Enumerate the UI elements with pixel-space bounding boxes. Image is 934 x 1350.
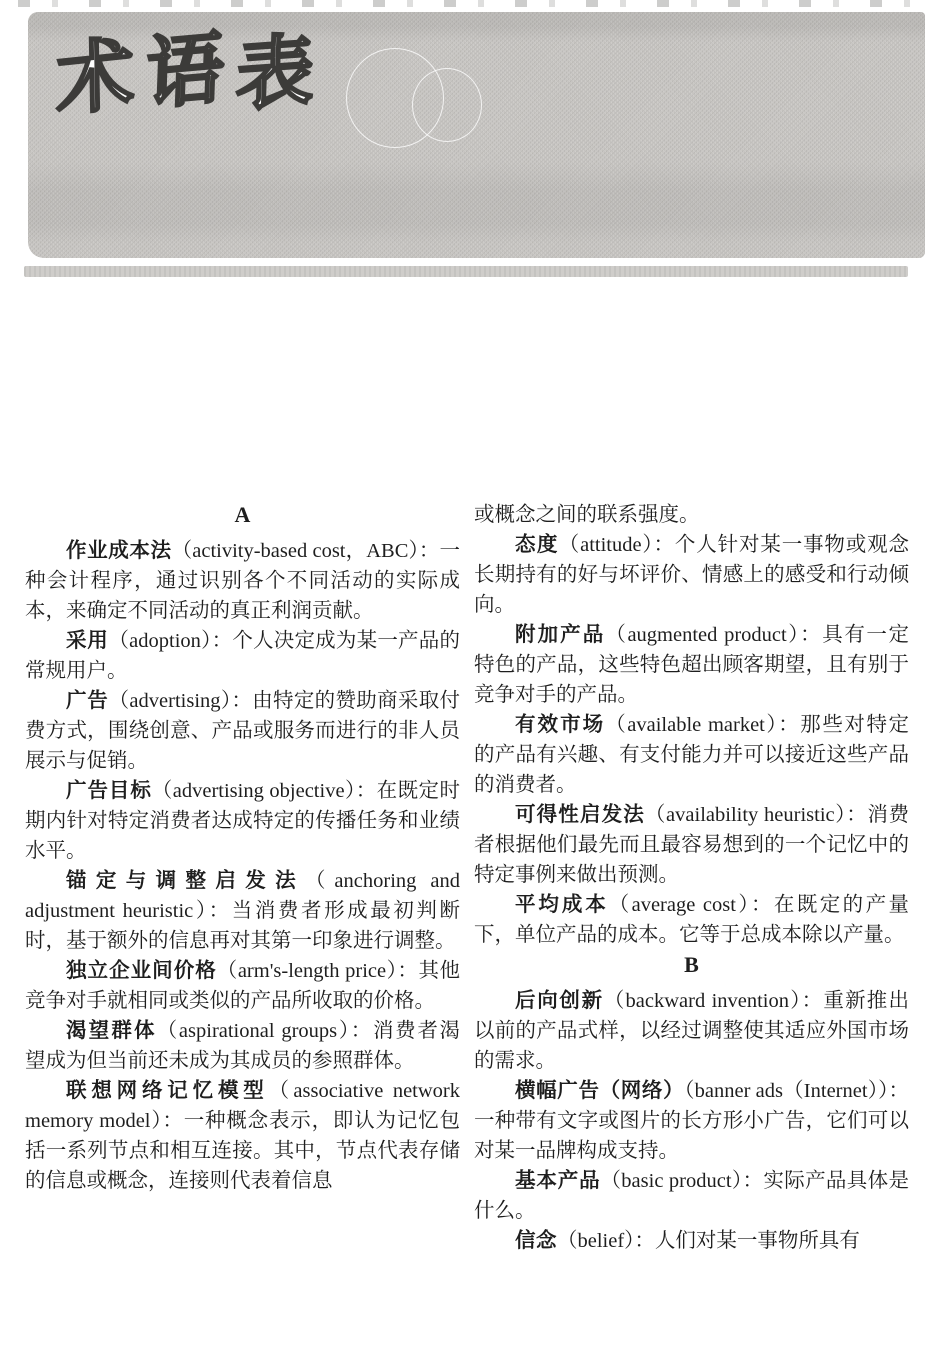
title-char-1: 术	[56, 34, 135, 120]
entry-english: （adoption）：	[108, 630, 232, 652]
glossary-entry: 可得性启发法（availability heuristic）：消费者根据他们最先…	[474, 800, 909, 890]
glossary-entry: 附加产品（augmented product）：具有一定特色的产品，这些特色超出…	[474, 620, 909, 710]
entry-term: 横幅广告（网络）	[515, 1079, 684, 1102]
entry-definition: 人们对某一事物所具有	[655, 1230, 860, 1252]
entry-term: 基本产品	[515, 1169, 600, 1192]
entry-term: 信念	[515, 1229, 557, 1252]
glossary-entry: 作业成本法（activity-based cost，ABC）：一种会计程序，通过…	[25, 536, 460, 626]
glossary-entry: 有效市场（available market）：那些对特定的产品有兴趣、有支付能力…	[474, 710, 909, 800]
entry-english: （augmented product）：	[605, 624, 822, 646]
entry-term: 有效市场	[515, 713, 605, 736]
glossary-entry: 渴望群体（aspirational groups）：消费者渴望成为但当前还未成为…	[25, 1016, 460, 1076]
entry-english: （backward invention）：	[604, 990, 824, 1012]
glossary-entry: 广告目标（advertising objective）：在既定时期内针对特定消费…	[25, 776, 460, 866]
glossary-entry: 独立企业间价格（arm's-length price）：其他竞争对手就相同或类似…	[25, 956, 460, 1016]
glossary-page: 术 语 表 A作业成本法（activity-based cost，ABC）：一种…	[0, 0, 934, 1350]
section-letter-A: A	[25, 500, 460, 530]
entry-term: 作业成本法	[66, 539, 172, 562]
entry-term: 平均成本	[515, 893, 609, 916]
entry-english: （availability heuristic）：	[645, 804, 867, 826]
page-title: 术 语 表	[56, 32, 314, 110]
entry-term: 态度	[515, 533, 559, 556]
glossary-entry: 平均成本（average cost）：在既定的产量下，单位产品的成本。它等于总成…	[474, 890, 909, 950]
entry-english: （available market）：	[605, 714, 800, 736]
title-char-3: 表	[235, 31, 316, 115]
entry-term: 采用	[66, 629, 108, 652]
glossary-entry: 后向创新（backward invention）：重新推出以前的产品式样，以经过…	[474, 986, 909, 1076]
entry-english: （average cost）：	[609, 894, 774, 916]
venn-circle-small-icon	[412, 68, 482, 142]
glossary-entry: 联想网络记忆模型（associative network memory mode…	[25, 1076, 460, 1196]
entry-english: （advertising）：	[109, 690, 253, 712]
glossary-entry: 采用（adoption）：个人决定成为某一产品的常规用户。	[25, 626, 460, 686]
glossary-entry: 锚定与调整启发法（anchoring and adjustment heuris…	[25, 866, 460, 956]
glossary-column-left: A作业成本法（activity-based cost，ABC）：一种会计程序，通…	[25, 500, 460, 1256]
entry-term: 独立企业间价格	[66, 959, 217, 982]
entry-continuation: 或概念之间的联系强度。	[474, 500, 909, 530]
entry-term: 广告目标	[66, 779, 152, 802]
entry-english: （activity-based cost，ABC）：	[172, 540, 440, 562]
glossary-entry: 态度（attitude）：个人针对某一事物或观念长期持有的好与坏评价、情感上的感…	[474, 530, 909, 620]
entry-term: 锚定与调整启发法	[66, 869, 305, 892]
entry-term: 广告	[66, 689, 109, 712]
header-banner: 术 语 表	[28, 12, 925, 258]
glossary-column-right: 或概念之间的联系强度。态度（attitude）：个人针对某一事物或观念长期持有的…	[474, 500, 909, 1256]
entry-english: （advertising objective）：	[152, 780, 377, 802]
divider-strip	[24, 266, 908, 277]
glossary-entry: 基本产品（basic product）：实际产品具体是什么。	[474, 1166, 909, 1226]
section-letter-B: B	[474, 950, 909, 980]
entry-english: （basic product）：	[600, 1170, 763, 1192]
entry-english: （attitude）：	[559, 534, 675, 556]
entry-english: （arm's-length price）：	[217, 960, 419, 982]
entry-term: 可得性启发法	[515, 803, 645, 826]
title-char-2: 语	[145, 28, 225, 113]
entry-term: 渴望群体	[66, 1019, 157, 1042]
entry-term: 附加产品	[515, 623, 605, 646]
entry-english: （banner ads（Internet））：	[684, 1080, 909, 1102]
scan-noise	[18, 0, 918, 7]
glossary-entry: 横幅广告（网络）（banner ads（Internet））：一种带有文字或图片…	[474, 1076, 909, 1166]
glossary-columns: A作业成本法（activity-based cost，ABC）：一种会计程序，通…	[25, 500, 909, 1256]
entry-term: 联想网络记忆模型	[66, 1079, 269, 1102]
entry-term: 后向创新	[515, 989, 604, 1012]
glossary-entry: 广告（advertising）：由特定的赞助商采取付费方式，围绕创意、产品或服务…	[25, 686, 460, 776]
glossary-entry: 信念（belief）：人们对某一事物所具有	[474, 1226, 909, 1256]
entry-english: （aspirational groups）：	[157, 1020, 373, 1042]
entry-english: （belief）：	[557, 1230, 655, 1252]
entry-definition: 一种带有文字或图片的长方形小广告，它们可以对某一品牌构成支持。	[474, 1110, 909, 1162]
